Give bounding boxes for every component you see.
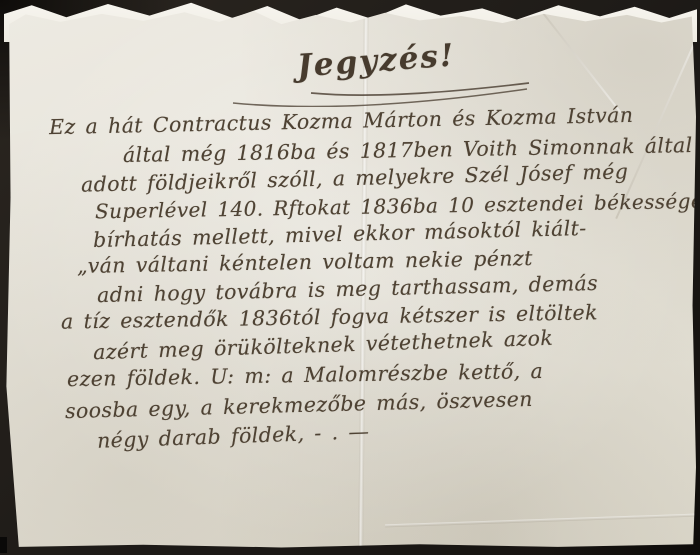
title-underline-flourish	[227, 61, 547, 107]
horizontal-fold-crease	[385, 514, 696, 528]
handwritten-line-11: soosba egy, a kerekmezőbe más, öszvesen	[65, 387, 533, 423]
handwritten-line-1: Ez a hát Contractus Kozma Márton és Kozm…	[49, 103, 634, 139]
scanned-document: Jegyzés! Ez a hát Contractus Kozma Márto…	[0, 0, 700, 555]
handwritten-line-10: ezen földek. U: m: a Malomrészbe kettő, …	[67, 359, 544, 391]
paper-sheet: Jegyzés! Ez a hát Contractus Kozma Márto…	[5, 9, 696, 548]
scan-artifact	[0, 537, 7, 553]
handwritten-line-12: négy darab földek, - . —	[97, 419, 370, 452]
